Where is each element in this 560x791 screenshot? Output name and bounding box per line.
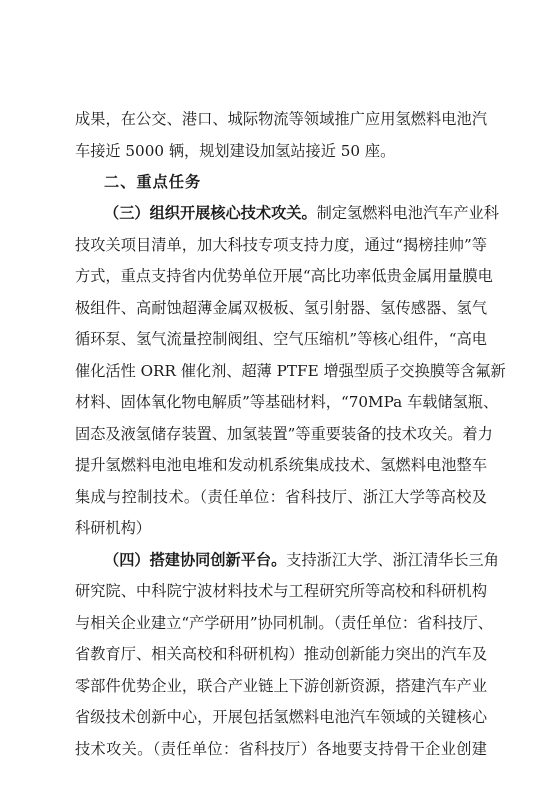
paragraph-line: 催化活性 ORR 催化剂、超薄 PTFE 增强型质子交换膜等含氟新 (75, 359, 487, 383)
paragraph-line: 研究院、中科院宁波材料技术与工程研究所等高校和科研机构 (75, 579, 487, 603)
paragraph-line: 方式，重点支持省内优势单位开展“高比功率低贵金属用量膜电 (75, 264, 487, 288)
paragraph-line: 省教育厅、相关高校和科研机构）推动创新能力突出的汽车及 (75, 642, 487, 666)
paragraph-line: 技术攻关。（责任单位：省科技厅）各地要支持骨干企业创建 (75, 737, 487, 761)
subsection-text: 制定氢燃料电池汽车产业科 (317, 204, 499, 222)
paragraph-line: 极组件、高耐蚀超薄金属双极板、氢引射器、氢传感器、氢气 (75, 296, 487, 320)
subsection-text: 支持浙江大学、浙江清华长三角 (286, 551, 499, 569)
subsection-line: （四）搭建协同创新平台。支持浙江大学、浙江清华长三角 (104, 548, 487, 572)
paragraph-line: 成果，在公交、港口、城际物流等领域推广应用氢燃料电池汽 (75, 107, 487, 131)
subsection-title: （三）组织开展核心技术攻关。 (104, 204, 317, 222)
paragraph-line: 科研机构） (75, 516, 487, 540)
subsection-line: （三）组织开展核心技术攻关。制定氢燃料电池汽车产业科 (104, 201, 487, 225)
paragraph-line: 与相关企业建立“产学研用”协同机制。（责任单位：省科技厅、 (75, 611, 487, 635)
section-heading: 二、重点任务 (104, 170, 487, 194)
subsection-title: （四）搭建协同创新平台。 (104, 551, 286, 569)
paragraph-line: 集成与控制技术。（责任单位：省科技厅、浙江大学等高校及 (75, 485, 487, 509)
paragraph-line: 省级技术创新中心，开展包括氢燃料电池汽车领域的关键核心 (75, 705, 487, 729)
paragraph-line: 车接近 5000 辆，规划建设加氢站接近 50 座。 (75, 139, 487, 163)
paragraph-line: 零部件优势企业，联合产业链上下游创新资源，搭建汽车产业 (75, 674, 487, 698)
paragraph-line: 技攻关项目清单，加大科技专项支持力度，通过“揭榜挂帅”等 (75, 233, 487, 257)
paragraph-line: 材料、固体氧化物电解质”等基础材料，“70MPa 车载储氢瓶、 (75, 390, 487, 414)
paragraph-line: 固态及液氢储存装置、加氢装置”等重要装备的技术攻关。着力 (75, 422, 487, 446)
document-page: 成果，在公交、港口、城际物流等领域推广应用氢燃料电池汽 车接近 5000 辆，规… (0, 0, 560, 791)
paragraph-line: 提升氢燃料电池电堆和发动机系统集成技术、氢燃料电池整车 (75, 453, 487, 477)
paragraph-line: 循环泵、氢气流量控制阀组、空气压缩机”等核心组件，“高电 (75, 327, 487, 351)
